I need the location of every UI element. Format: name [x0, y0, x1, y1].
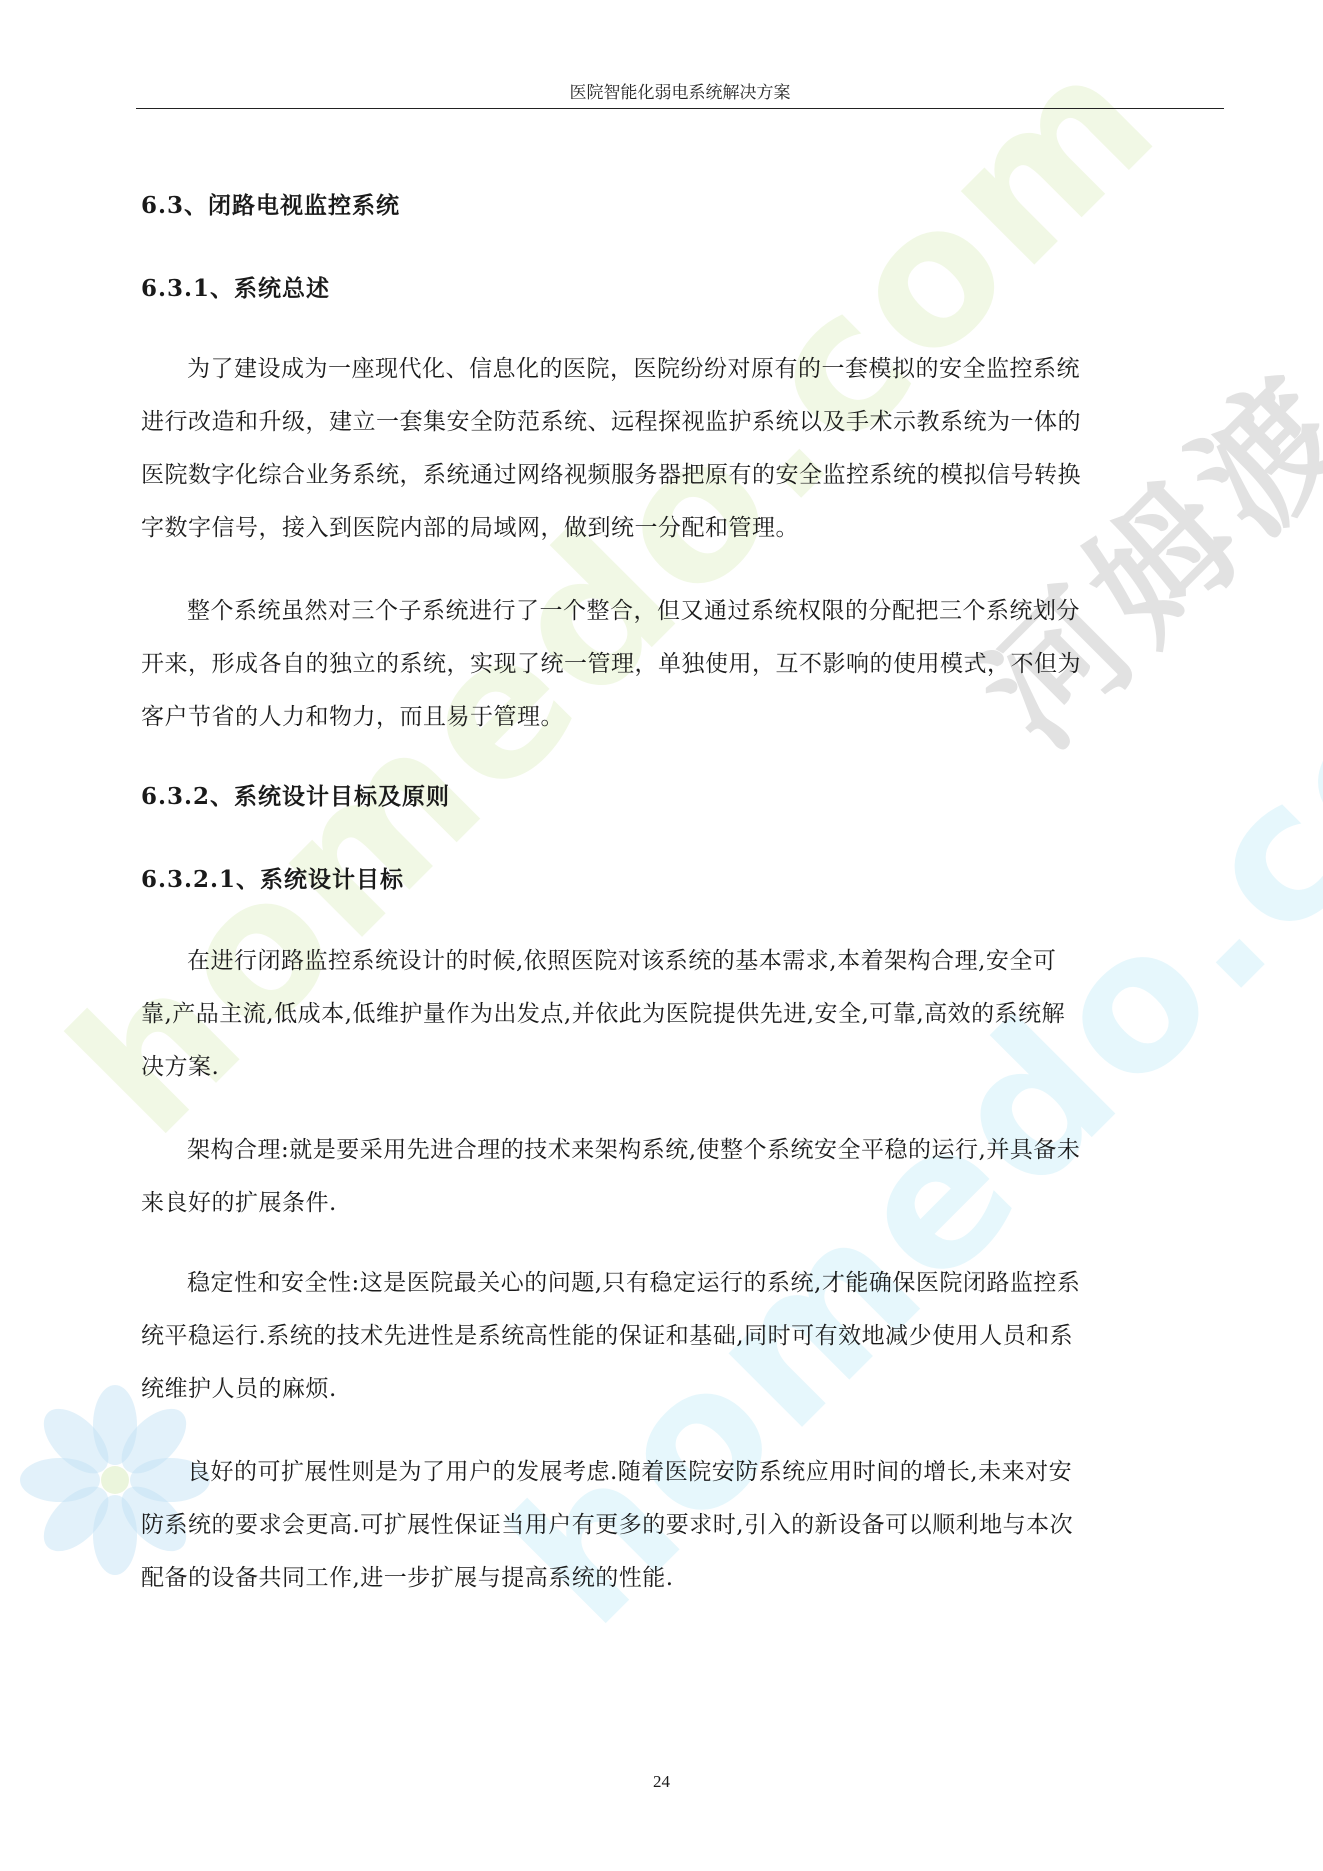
- section-heading-6-3: 6.3、闭路电视监控系统: [141, 187, 400, 220]
- paragraph-line: 字数字信号，接入到医院内部的局域网，做到统一分配和管理。: [141, 509, 799, 542]
- paragraph-line: 来良好的扩展条件.: [141, 1184, 337, 1217]
- paragraph-line: 开来，形成各自的独立的系统，实现了统一管理，单独使用，互不影响的使用模式，不但为: [141, 645, 1081, 678]
- paragraph-line: 防系统的要求会更高.可扩展性保证当用户有更多的要求时,引入的新设备可以顺利地与本…: [141, 1506, 1073, 1539]
- paragraph-line: 配备的设备共同工作,进一步扩展与提高系统的性能.: [141, 1559, 674, 1592]
- paragraph-line: 靠,产品主流,低成本,低维护量作为出发点,并依此为医院提供先进,安全,可靠,高效…: [141, 995, 1065, 1028]
- paragraph-line: 客户节省的人力和物力，而且易于管理。: [141, 698, 564, 731]
- section-heading-6-3-2: 6.3.2、系统设计目标及原则: [141, 778, 450, 811]
- page-number: 24: [0, 1772, 1323, 1792]
- watermark-brand-text: 河姆渡: [930, 322, 1323, 782]
- header-divider: [136, 108, 1224, 109]
- paragraph-line: 医院数字化综合业务系统，系统通过网络视频服务器把原有的安全监控系统的模拟信号转换: [141, 456, 1081, 489]
- running-header: 医院智能化弱电系统解决方案: [136, 78, 1224, 103]
- section-heading-6-3-1: 6.3.1、系统总述: [141, 270, 330, 303]
- paragraph-line: 为了建设成为一座现代化、信息化的医院，医院纷纷对原有的一套模拟的安全监控系统: [187, 350, 1080, 383]
- flower-logo-icon: [15, 1380, 215, 1580]
- paragraph-line: 在进行闭路监控系统设计的时候,依照医院对该系统的基本需求,本着架构合理,安全可: [187, 942, 1056, 975]
- paragraph-line: 统平稳运行.系统的技术先进性是系统高性能的保证和基础,同时可有效地减少使用人员和…: [141, 1317, 1073, 1350]
- paragraph-line: 统维护人员的麻烦.: [141, 1370, 337, 1403]
- paragraph-line: 架构合理:就是要采用先进合理的技术来架构系统,使整个系统安全平稳的运行,并具备未: [187, 1131, 1080, 1164]
- paragraph-line: 进行改造和升级，建立一套集安全防范系统、远程探视监护系统以及手术示教系统为一体的: [141, 403, 1081, 436]
- paragraph-line: 稳定性和安全性:这是医院最关心的问题,只有稳定运行的系统,才能确保医院闭路监控系: [187, 1264, 1080, 1297]
- paragraph-line: 良好的可扩展性则是为了用户的发展考虑.随着医院安防系统应用时间的增长,未来对安: [187, 1453, 1072, 1486]
- paragraph-line: 整个系统虽然对三个子系统进行了一个整合，但又通过系统权限的分配把三个系统划分: [187, 592, 1080, 625]
- section-heading-6-3-2-1: 6.3.2.1、系统设计目标: [141, 861, 404, 894]
- paragraph-line: 决方案.: [141, 1048, 219, 1081]
